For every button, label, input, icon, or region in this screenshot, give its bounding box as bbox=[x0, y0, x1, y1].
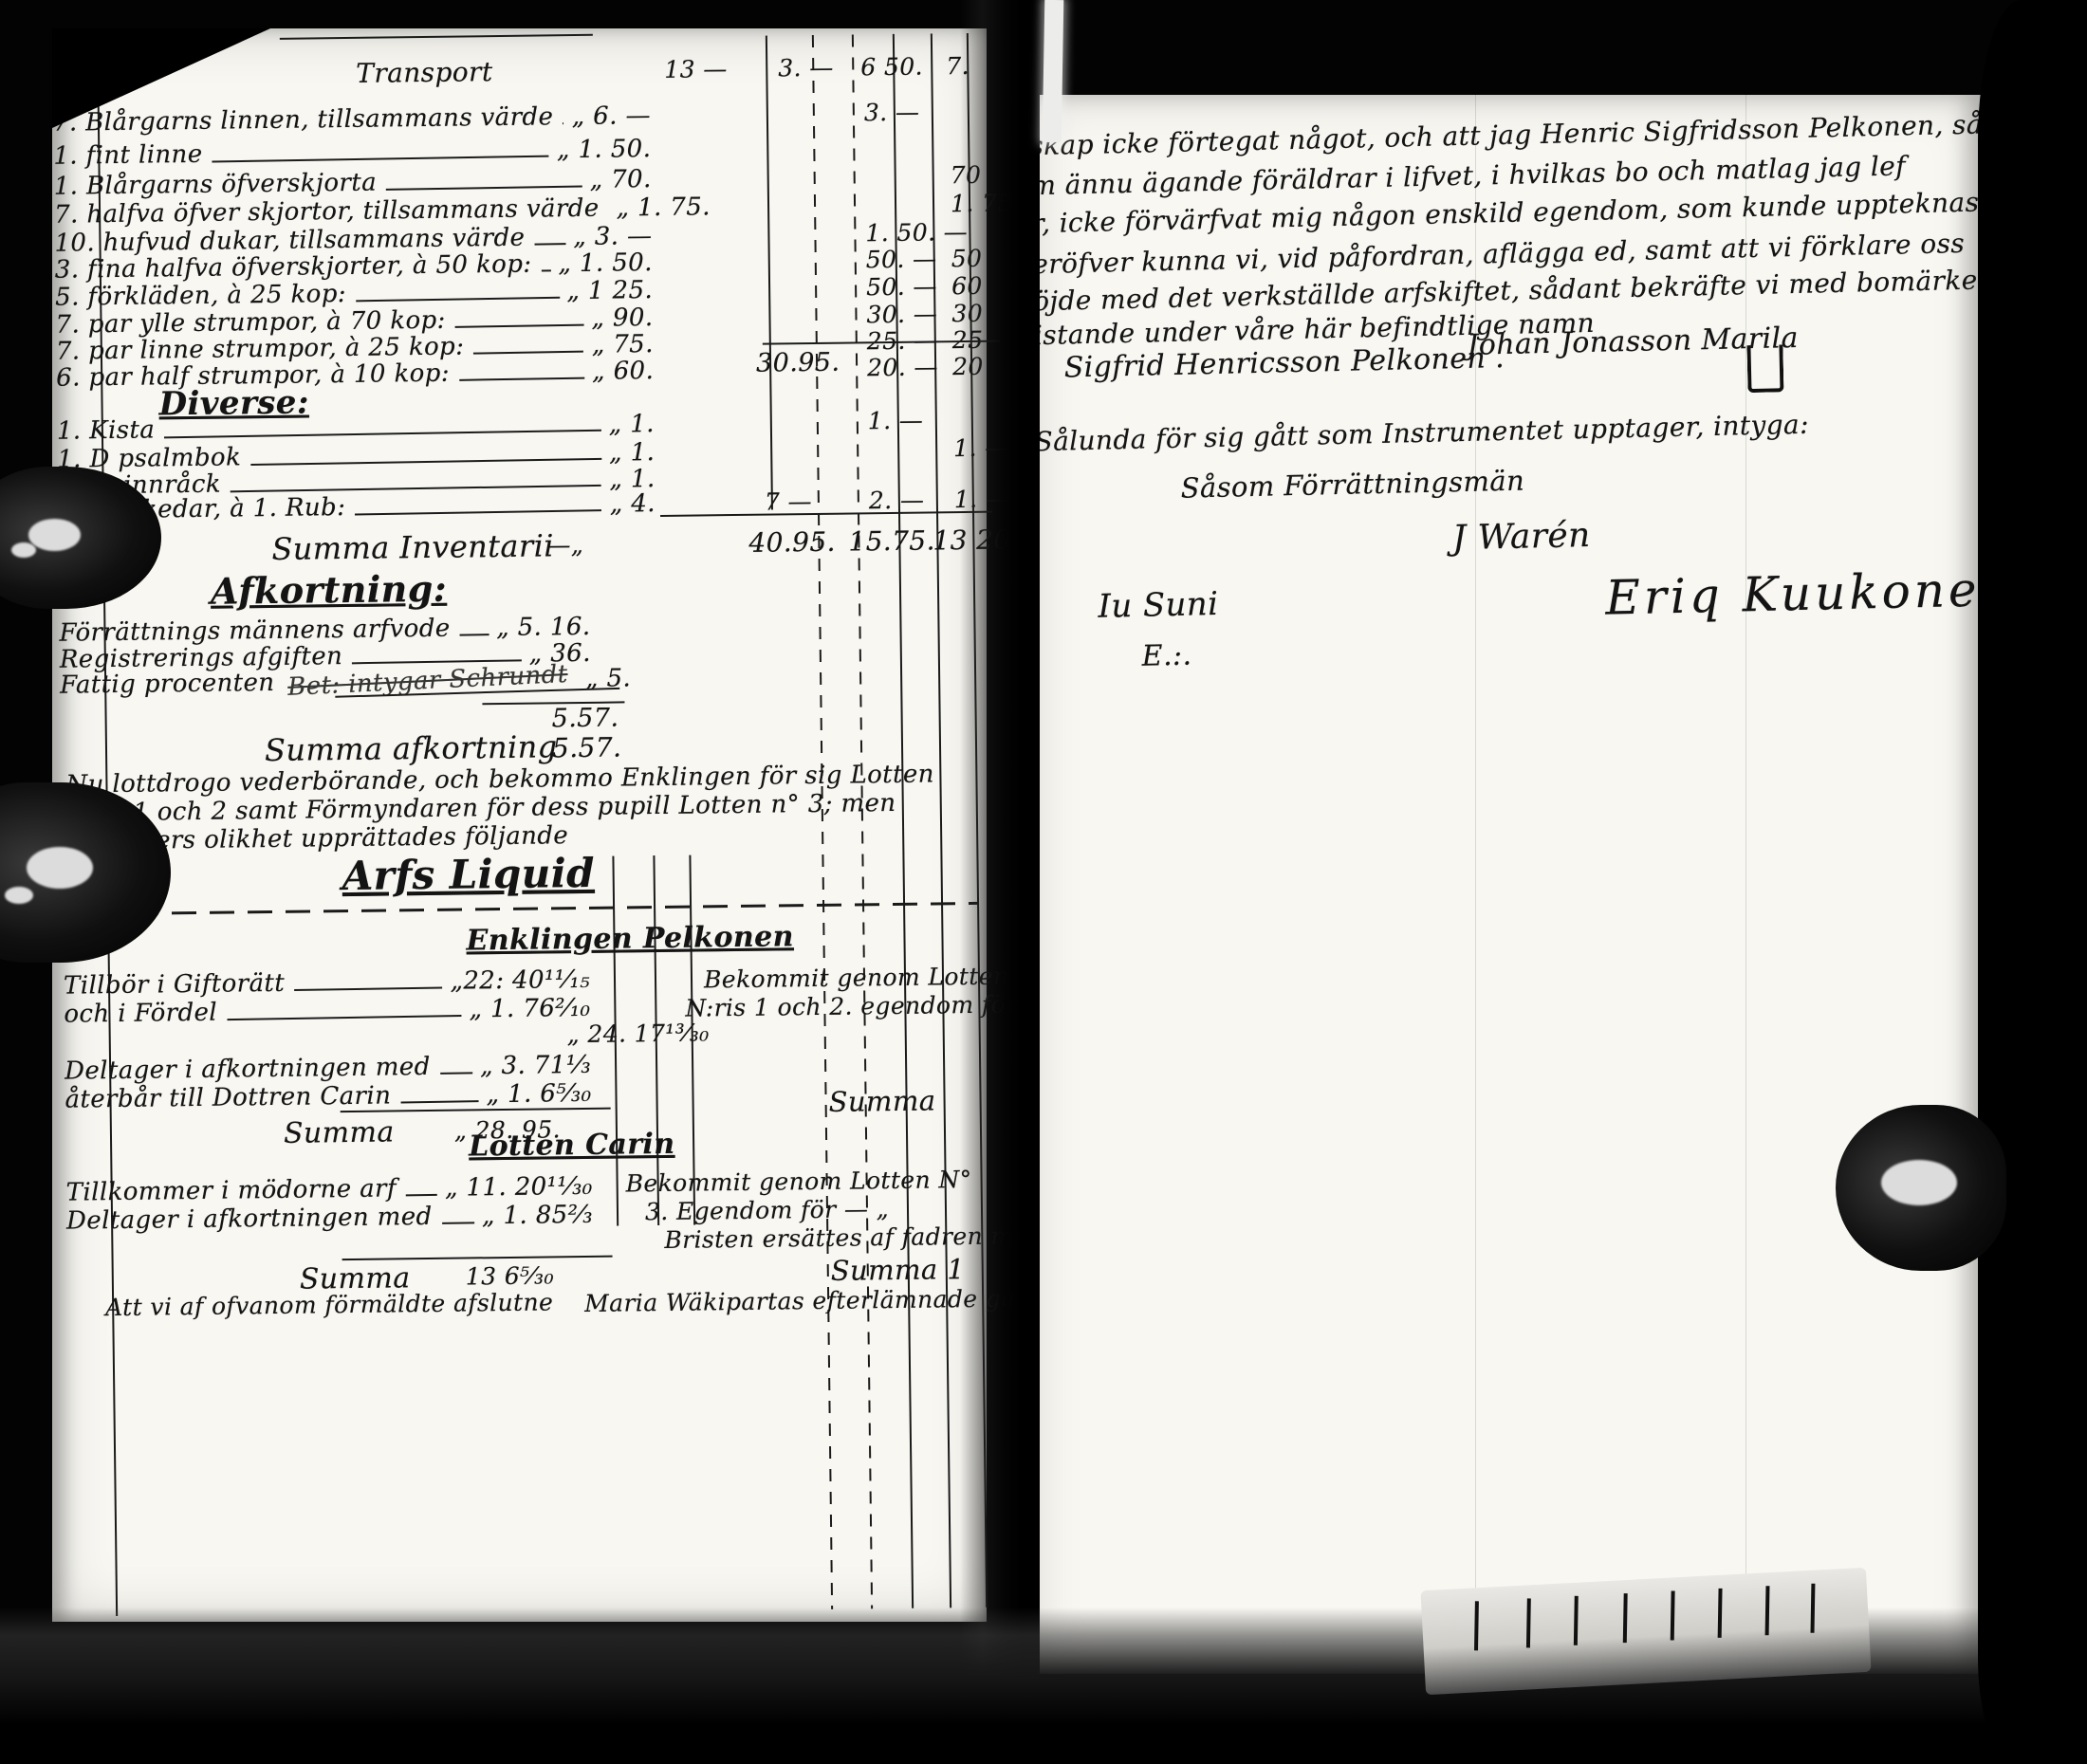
lot-value: 1. 50. — bbox=[865, 218, 949, 247]
item-value: „ 70. bbox=[589, 165, 651, 194]
liquid-row: och i Fördel„ 1. 76²⁄₁₀ bbox=[64, 994, 590, 1029]
bomarke-icon bbox=[1746, 344, 1783, 393]
closing-line-right: Maria Wäkipartas efterlämnade ga bbox=[584, 1284, 1016, 1317]
liquid-label: Tillbör i Giftorätt bbox=[64, 969, 285, 1001]
item-label: 1. fint linne bbox=[53, 140, 203, 171]
leader-line bbox=[386, 184, 582, 190]
item-value: „ 3. — bbox=[573, 222, 653, 251]
right-page: skap icke förtegat något, och att jag He… bbox=[1032, 95, 1981, 1674]
transport-c3: 6 50. bbox=[860, 53, 923, 82]
summa-v2: 15.75. bbox=[848, 524, 935, 557]
leader-line bbox=[212, 155, 549, 163]
signature-waren: J Warén bbox=[1451, 516, 1591, 558]
charge-subtotal: 5.57. bbox=[551, 704, 619, 734]
page-edge-tick bbox=[1671, 1590, 1675, 1640]
page-edge-tick bbox=[1574, 1596, 1579, 1645]
carin-summa-value: 13 6⁵⁄₃₀ bbox=[466, 1261, 554, 1290]
item-value: „ 1. bbox=[609, 410, 656, 439]
summa-afkortning-value: 5.57. bbox=[552, 731, 622, 763]
signature-kuukonen: Eriq Kuukonen bbox=[1605, 561, 2016, 626]
lot-value: 50. — bbox=[866, 245, 950, 273]
leader-line bbox=[400, 1099, 478, 1103]
item-value: „ 1. 50. bbox=[558, 248, 653, 278]
lot-value: 20. — bbox=[867, 353, 951, 381]
page-edge-tick bbox=[1811, 1584, 1816, 1633]
leader-line bbox=[442, 1221, 474, 1224]
summa-afkortning-label: Summa afkortning bbox=[265, 728, 558, 768]
item-value: „ 1 25. bbox=[566, 276, 653, 305]
charge-value: „ 5. 16. bbox=[496, 613, 591, 642]
page-edge-tick bbox=[1474, 1601, 1479, 1650]
book-scan: Transport 13 — 3. — 6 50. 7. 7. Blårgarn… bbox=[0, 0, 2087, 1764]
liquid-value: „ 1. 85²⁄₃ bbox=[482, 1201, 593, 1230]
carin-heading: Lotten Carin bbox=[469, 1128, 675, 1164]
closing-line-left: Att vi af ofvanom förmäldte afslutne bbox=[105, 1288, 553, 1321]
officiant-line: Såsom Förrättningsmän bbox=[1180, 465, 1524, 505]
leader-line bbox=[440, 1071, 472, 1075]
item-value: „ 60. bbox=[592, 357, 654, 386]
afkortning-heading: Afkortning: bbox=[211, 567, 448, 613]
leader-line bbox=[250, 457, 601, 466]
liquid-value: „ 1. 76²⁄₁₀ bbox=[469, 994, 590, 1024]
item-value: „ 90. bbox=[591, 303, 653, 333]
column-rule-2 bbox=[812, 35, 833, 1609]
transport-c1: 13 — bbox=[664, 55, 728, 83]
inventory-row: 6. par half strumpor, à 10 kop:„ 60.20. … bbox=[56, 357, 654, 393]
top-partial-rule bbox=[280, 34, 593, 40]
carin-right-line: Bekommit genom Lotten N° bbox=[625, 1166, 971, 1197]
enklingen-heading: Enklingen Pelkonen bbox=[466, 920, 794, 957]
item-label: 7. Blårgarns linnen, tillsammans värde bbox=[53, 102, 554, 137]
carin-right-summa: Summa 1 bbox=[831, 1253, 966, 1287]
arfs-liquid-heading: Arfs Liquid bbox=[342, 850, 595, 899]
leader-line bbox=[355, 508, 601, 515]
item-value: „ 1. 75. bbox=[616, 193, 711, 222]
page-edge-tick bbox=[1526, 1598, 1531, 1647]
right-scan-border bbox=[1978, 0, 2087, 1764]
summa-dash: —„ bbox=[546, 531, 583, 559]
left-page: Transport 13 — 3. — 6 50. 7. 7. Blårgarn… bbox=[52, 28, 987, 1622]
inventory-row: 7. Blårgarns linnen, tillsammans värde„ … bbox=[53, 101, 651, 138]
transport-c2: 3. — bbox=[778, 54, 834, 83]
gutter-light-streak bbox=[1043, 0, 1064, 142]
section-dashed-rule bbox=[58, 902, 978, 916]
liquid-label: och i Fördel bbox=[64, 999, 217, 1029]
leader-line bbox=[227, 1014, 461, 1020]
leader-line bbox=[541, 268, 550, 271]
liquid-value: „ 3. 71¹⁄₃ bbox=[480, 1051, 591, 1080]
leader-line bbox=[294, 985, 442, 991]
afkortning-row: Fattig procentenBet: intygar Schrundt„ 5… bbox=[60, 665, 591, 700]
liquid-subtotal: „ 24. 17¹³⁄₃₀ bbox=[567, 1019, 710, 1048]
item-label: 1. Blårgarns öfverskjorta bbox=[54, 169, 378, 201]
item-value: „ 1. bbox=[609, 438, 656, 468]
charge-label: Fattig procenten bbox=[60, 669, 275, 700]
right-page-content: skap icke förtegat något, och att jag He… bbox=[1025, 92, 2010, 1692]
suni-mark: E.:. bbox=[1141, 639, 1191, 673]
liquid-label: återbår till Dottren Carin bbox=[65, 1081, 391, 1113]
enklingen-right-summa: Summa bbox=[828, 1084, 935, 1117]
item-value: „ 4. bbox=[610, 489, 656, 519]
summa-v1: 40.95. bbox=[748, 526, 836, 559]
liquid-label: Deltager i afkortningen med bbox=[66, 1203, 433, 1236]
left-page-content: Transport 13 — 3. — 6 50. 7. 7. Blårgarn… bbox=[43, 22, 996, 1626]
group-subtotal: 30.95. bbox=[756, 348, 840, 378]
liquid-row: Deltager i afkortningen med„ 1. 85²⁄₃ bbox=[66, 1201, 593, 1236]
enklingen-summa-label: Summa bbox=[284, 1115, 395, 1149]
liquid-value: „ 1. 6⁵⁄₃₀ bbox=[486, 1079, 591, 1109]
attest-line: Sålunda för sig gått som Instrumentet up… bbox=[1034, 409, 1809, 458]
carin-right-line: 3. Egendom för — „ bbox=[645, 1195, 889, 1225]
column-rule-1 bbox=[766, 36, 773, 510]
leader-line bbox=[459, 377, 584, 381]
lot-value: 3. — bbox=[864, 98, 948, 126]
item-label: 1. Kista bbox=[57, 415, 156, 445]
item-value: „ 75. bbox=[592, 330, 654, 359]
liquid-value: „ 11. 20¹¹⁄₃₀ bbox=[445, 1172, 593, 1203]
page-edge-tick bbox=[1718, 1589, 1723, 1638]
summa-line bbox=[342, 1256, 613, 1260]
transport-label: Transport bbox=[356, 56, 493, 89]
liquid-value: „22: 40¹¹⁄₁₅ bbox=[450, 965, 590, 996]
leader-line bbox=[406, 1193, 437, 1197]
page-edge-tick bbox=[1765, 1586, 1770, 1635]
page-edge-tick bbox=[1623, 1593, 1628, 1643]
leader-line bbox=[563, 121, 563, 124]
signature-suni: Iu Suni bbox=[1098, 585, 1219, 626]
liquid-label: Tillkommer i mödorne arf bbox=[66, 1174, 397, 1206]
lot-value: 50. — bbox=[866, 272, 950, 301]
liquid-label: Deltager i afkortningen med bbox=[65, 1053, 431, 1086]
book-gutter-shadow bbox=[960, 0, 1040, 1698]
item-value: „ 1. 50. bbox=[557, 135, 652, 164]
leader-line bbox=[356, 296, 560, 303]
thumb-artifact bbox=[1836, 1105, 2006, 1271]
leader-line bbox=[164, 429, 601, 439]
leader-line bbox=[534, 242, 565, 246]
leader-line bbox=[455, 323, 584, 328]
item-value: „ 6. — bbox=[571, 101, 651, 131]
lot-value: 7 — bbox=[765, 487, 855, 515]
lot-value: 30. — bbox=[866, 300, 950, 328]
leader-line bbox=[473, 350, 584, 355]
lot-value: 2. — bbox=[869, 486, 952, 514]
inventory-row: 1. fint linne„ 1. 50. bbox=[53, 135, 651, 171]
summa-inventarii-label: Summa Inventarii bbox=[271, 527, 554, 567]
leader-line bbox=[460, 633, 489, 636]
lot-value: 1. — bbox=[868, 406, 951, 434]
